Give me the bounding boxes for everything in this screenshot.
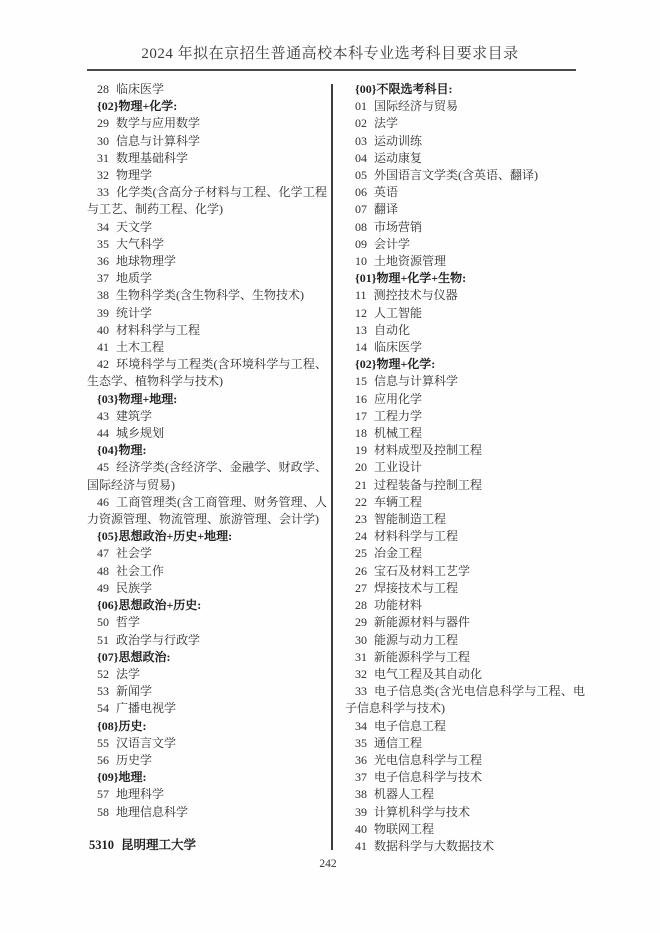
major-row: 14临床医学 (345, 339, 585, 356)
major-number: 06 (355, 185, 367, 199)
major-row: 34电子信息工程 (345, 718, 585, 735)
major-row: 22车辆工程 (345, 494, 585, 511)
major-row: 40材料科学与工程 (87, 322, 327, 339)
major-label: 新能源科学与工程 (374, 650, 470, 664)
major-label: 焊接技术与工程 (374, 581, 458, 595)
major-number: 19 (355, 443, 367, 457)
major-row: 30能源与动力工程 (345, 632, 585, 649)
major-number: 40 (355, 822, 367, 836)
major-number: 35 (355, 736, 367, 750)
major-number: 39 (355, 805, 367, 819)
major-label: 历史学 (116, 753, 152, 767)
major-row: 10土地资源管理 (345, 253, 585, 270)
major-label: 工商管理类(含工商管理、财务管理、人力资源管理、物流管理、旅游管理、会计学) (87, 495, 327, 526)
major-label: 测控技术与仪器 (374, 288, 458, 302)
major-number: 52 (97, 667, 109, 681)
major-number: 22 (355, 495, 367, 509)
major-row: 33电子信息类(含光电信息科学与工程、电子信息科学与技术) (345, 683, 585, 717)
major-number: 38 (97, 288, 109, 302)
major-label: 物联网工程 (374, 822, 434, 836)
major-row: 13自动化 (345, 322, 585, 339)
major-number: 47 (97, 546, 109, 560)
major-label: 数理基础科学 (116, 151, 188, 165)
major-label: 数据科学与大数据技术 (374, 839, 494, 853)
major-row: 25冶金工程 (345, 545, 585, 562)
major-label: 市场营销 (374, 220, 422, 234)
major-label: 国际经济与贸易 (374, 99, 458, 113)
category-header: {05}思想政治+历史+地理: (87, 528, 327, 545)
major-label: 物理学 (116, 168, 152, 182)
major-label: 化学类(含高分子材料与工程、化学工程与工艺、制药工程、化学) (87, 185, 327, 216)
major-row: 35大气科学 (87, 236, 327, 253)
left-column: 28临床医学{02}物理+化学:29数学与应用数学30信息与计算科学31数理基础… (87, 81, 327, 854)
major-number: 28 (97, 82, 109, 96)
major-label: 运动训练 (374, 134, 422, 148)
major-number: 32 (97, 168, 109, 182)
major-number: 33 (97, 185, 109, 199)
major-row: 07翻译 (345, 201, 585, 218)
major-number: 32 (355, 667, 367, 681)
category-header: {01}物理+化学+生物: (345, 270, 585, 287)
major-number: 18 (355, 426, 367, 440)
major-row: 28功能材料 (345, 597, 585, 614)
major-label: 能源与动力工程 (374, 633, 458, 647)
major-number: 31 (355, 650, 367, 664)
major-row: 37地质学 (87, 270, 327, 287)
major-row: 49民族学 (87, 580, 327, 597)
major-number: 38 (355, 787, 367, 801)
major-row: 36光电信息科学与工程 (345, 752, 585, 769)
category-header: {09}地理: (87, 769, 327, 786)
major-number: 36 (355, 753, 367, 767)
major-label: 机械工程 (374, 426, 422, 440)
major-number: 34 (97, 220, 109, 234)
major-number: 01 (355, 99, 367, 113)
major-row: 34天文学 (87, 219, 327, 236)
major-number: 56 (97, 753, 109, 767)
major-label: 地球物理学 (116, 254, 176, 268)
major-row: 26宝石及材料工艺学 (345, 563, 585, 580)
major-number: 10 (355, 254, 367, 268)
major-row: 47社会学 (87, 545, 327, 562)
major-label: 法学 (374, 116, 398, 130)
major-label: 过程装备与控制工程 (374, 478, 482, 492)
major-row: 38生物科学类(含生物科学、生物技术) (87, 287, 327, 304)
major-number: 51 (97, 633, 109, 647)
major-row: 27焊接技术与工程 (345, 580, 585, 597)
major-label: 统计学 (116, 306, 152, 320)
major-number: 37 (97, 271, 109, 285)
major-label: 功能材料 (374, 598, 422, 612)
major-label: 信息与计算科学 (116, 134, 200, 148)
major-label: 哲学 (116, 615, 140, 629)
major-row: 11测控技术与仪器 (345, 287, 585, 304)
major-label: 外国语言文学类(含英语、翻译) (374, 168, 538, 182)
major-number: 55 (97, 736, 109, 750)
major-number: 42 (97, 357, 109, 371)
major-label: 翻译 (374, 202, 398, 216)
major-number: 27 (355, 581, 367, 595)
major-row: 40物联网工程 (345, 821, 585, 838)
major-row: 33化学类(含高分子材料与工程、化学工程与工艺、制药工程、化学) (87, 184, 327, 218)
major-row: 36地球物理学 (87, 253, 327, 270)
major-label: 数学与应用数学 (116, 116, 200, 130)
major-row: 35通信工程 (345, 735, 585, 752)
column-divider (331, 84, 333, 850)
major-label: 政治学与行政学 (116, 633, 200, 647)
major-row: 57地理科学 (87, 786, 327, 803)
major-row: 01国际经济与贸易 (345, 98, 585, 115)
major-number: 44 (97, 426, 109, 440)
major-number: 35 (97, 237, 109, 251)
major-label: 冶金工程 (374, 546, 422, 560)
major-label: 宝石及材料工艺学 (374, 564, 470, 578)
page-title: 2024 年拟在京招生普通高校本科专业选考科目要求目录 (0, 42, 660, 63)
major-row: 32物理学 (87, 167, 327, 184)
major-label: 大气科学 (116, 237, 164, 251)
major-number: 21 (355, 478, 367, 492)
major-label: 广播电视学 (116, 701, 176, 715)
major-number: 08 (355, 220, 367, 234)
major-row: 18机械工程 (345, 425, 585, 442)
major-number: 45 (97, 460, 109, 474)
major-label: 城乡规划 (116, 426, 164, 440)
major-number: 29 (97, 116, 109, 130)
major-label: 计算机科学与技术 (374, 805, 470, 819)
major-row: 37电子信息科学与技术 (345, 769, 585, 786)
major-label: 运动康复 (374, 151, 422, 165)
major-label: 新闻学 (116, 684, 152, 698)
major-number: 39 (97, 306, 109, 320)
major-row: 04运动康复 (345, 150, 585, 167)
major-label: 材料成型及控制工程 (374, 443, 482, 457)
major-label: 信息与计算科学 (374, 374, 458, 388)
major-row: 19材料成型及控制工程 (345, 442, 585, 459)
major-row: 51政治学与行政学 (87, 632, 327, 649)
right-column: {00}不限选考科目:01国际经济与贸易02法学03运动训练04运动康复05外国… (345, 81, 585, 855)
category-header: {06}思想政治+历史: (87, 597, 327, 614)
major-label: 英语 (374, 185, 398, 199)
major-number: 11 (355, 288, 367, 302)
major-number: 43 (97, 409, 109, 423)
major-number: 09 (355, 237, 367, 251)
major-label: 工程力学 (374, 409, 422, 423)
major-row: 56历史学 (87, 752, 327, 769)
major-row: 16应用化学 (345, 391, 585, 408)
major-label: 光电信息科学与工程 (374, 753, 482, 767)
header-rule (87, 69, 576, 71)
major-row: 09会计学 (345, 236, 585, 253)
major-row: 53新闻学 (87, 683, 327, 700)
major-row: 32电气工程及其自动化 (345, 666, 585, 683)
major-row: 28临床医学 (87, 81, 327, 98)
major-number: 37 (355, 770, 367, 784)
major-number: 02 (355, 116, 367, 130)
major-number: 50 (97, 615, 109, 629)
major-row: 48社会工作 (87, 563, 327, 580)
major-row: 29数学与应用数学 (87, 115, 327, 132)
major-label: 建筑学 (116, 409, 152, 423)
major-row: 06英语 (345, 184, 585, 201)
major-label: 生物科学类(含生物科学、生物技术) (116, 288, 304, 302)
major-number: 36 (97, 254, 109, 268)
university-row: 5310昆明理工大学 (87, 837, 327, 854)
major-label: 电子信息类(含光电信息科学与工程、电子信息科学与技术) (345, 684, 585, 715)
major-number: 30 (97, 134, 109, 148)
major-label: 法学 (116, 667, 140, 681)
major-label: 土地资源管理 (374, 254, 446, 268)
document-page: 2024 年拟在京招生普通高校本科专业选考科目要求目录 28临床医学{02}物理… (0, 0, 660, 933)
major-number: 40 (97, 323, 109, 337)
major-label: 工业设计 (374, 460, 422, 474)
major-label: 社会学 (116, 546, 152, 560)
major-row: 31数理基础科学 (87, 150, 327, 167)
major-number: 24 (355, 529, 367, 543)
major-row: 54广播电视学 (87, 700, 327, 717)
major-number: 16 (355, 392, 367, 406)
major-row: 24材料科学与工程 (345, 528, 585, 545)
major-label: 社会工作 (116, 564, 164, 578)
major-row: 58地理信息科学 (87, 804, 327, 821)
major-label: 电气工程及其自动化 (374, 667, 482, 681)
major-row: 08市场营销 (345, 219, 585, 236)
major-number: 41 (355, 839, 367, 853)
major-label: 新能源材料与器件 (374, 615, 470, 629)
major-row: 29新能源材料与器件 (345, 614, 585, 631)
major-label: 材料科学与工程 (374, 529, 458, 543)
major-row: 30信息与计算科学 (87, 133, 327, 150)
major-row: 50哲学 (87, 614, 327, 631)
major-label: 会计学 (374, 237, 410, 251)
major-label: 通信工程 (374, 736, 422, 750)
major-row: 20工业设计 (345, 459, 585, 476)
major-label: 土木工程 (116, 340, 164, 354)
major-label: 地质学 (116, 271, 152, 285)
major-row: 44城乡规划 (87, 425, 327, 442)
major-row: 55汉语言文学 (87, 735, 327, 752)
major-label: 经济学类(含经济学、金融学、财政学、国际经济与贸易) (87, 460, 327, 491)
major-label: 天文学 (116, 220, 152, 234)
major-label: 机器人工程 (374, 787, 434, 801)
major-number: 53 (97, 684, 109, 698)
major-label: 人工智能 (374, 306, 422, 320)
major-row: 31新能源科学与工程 (345, 649, 585, 666)
major-label: 自动化 (374, 323, 410, 337)
major-label: 电子信息科学与技术 (374, 770, 482, 784)
category-header: {02}物理+化学: (87, 98, 327, 115)
major-number: 25 (355, 546, 367, 560)
major-row: 42环境科学与工程类(含环境科学与工程、生态学、植物科学与技术) (87, 356, 327, 390)
major-label: 电子信息工程 (374, 719, 446, 733)
category-header: {08}历史: (87, 718, 327, 735)
category-header: {04}物理: (87, 442, 327, 459)
major-row: 39计算机科学与技术 (345, 804, 585, 821)
major-number: 33 (355, 684, 367, 698)
major-number: 29 (355, 615, 367, 629)
major-row: 41土木工程 (87, 339, 327, 356)
major-number: 07 (355, 202, 367, 216)
major-label: 材料科学与工程 (116, 323, 200, 337)
category-header: {00}不限选考科目: (345, 81, 585, 98)
major-number: 34 (355, 719, 367, 733)
major-row: 02法学 (345, 115, 585, 132)
major-row: 45经济学类(含经济学、金融学、财政学、国际经济与贸易) (87, 459, 327, 493)
major-number: 26 (355, 564, 367, 578)
major-number: 12 (355, 306, 367, 320)
category-header: {07}思想政治: (87, 649, 327, 666)
major-label: 临床医学 (374, 340, 422, 354)
major-number: 23 (355, 512, 367, 526)
major-number: 28 (355, 598, 367, 612)
major-label: 应用化学 (374, 392, 422, 406)
major-number: 57 (97, 787, 109, 801)
major-row: 03运动训练 (345, 133, 585, 150)
major-label: 地理信息科学 (116, 805, 188, 819)
major-row: 17工程力学 (345, 408, 585, 425)
major-number: 15 (355, 374, 367, 388)
major-row: 15信息与计算科学 (345, 373, 585, 390)
major-label: 智能制造工程 (374, 512, 446, 526)
major-label: 环境科学与工程类(含环境科学与工程、生态学、植物科学与技术) (87, 357, 327, 388)
major-row: 39统计学 (87, 305, 327, 322)
major-number: 30 (355, 633, 367, 647)
major-number: 48 (97, 564, 109, 578)
major-number: 04 (355, 151, 367, 165)
major-number: 17 (355, 409, 367, 423)
major-row: 23智能制造工程 (345, 511, 585, 528)
major-label: 民族学 (116, 581, 152, 595)
page-number: 242 (0, 858, 656, 870)
major-row: 05外国语言文学类(含英语、翻译) (345, 167, 585, 184)
category-header: {02}物理+化学: (345, 356, 585, 373)
category-header: {03}物理+地理: (87, 391, 327, 408)
major-number: 05 (355, 168, 367, 182)
major-label: 昆明理工大学 (121, 838, 196, 852)
major-row: 46工商管理类(含工商管理、财务管理、人力资源管理、物流管理、旅游管理、会计学) (87, 494, 327, 528)
major-number: 13 (355, 323, 367, 337)
major-row: 38机器人工程 (345, 786, 585, 803)
major-number: 31 (97, 151, 109, 165)
major-number: 58 (97, 805, 109, 819)
major-label: 汉语言文学 (116, 736, 176, 750)
major-number: 20 (355, 460, 367, 474)
major-row: 21过程装备与控制工程 (345, 477, 585, 494)
major-number: 54 (97, 701, 109, 715)
major-label: 临床医学 (116, 82, 164, 96)
major-row: 52法学 (87, 666, 327, 683)
major-number: 41 (97, 340, 109, 354)
major-number: 49 (97, 581, 109, 595)
major-number: 03 (355, 134, 367, 148)
major-label: 车辆工程 (374, 495, 422, 509)
major-row: 12人工智能 (345, 305, 585, 322)
major-number: 14 (355, 340, 367, 354)
major-row: 41数据科学与大数据技术 (345, 838, 585, 855)
major-number: 46 (97, 495, 109, 509)
major-number: 5310 (89, 838, 114, 852)
major-row: 43建筑学 (87, 408, 327, 425)
major-label: 地理科学 (116, 787, 164, 801)
